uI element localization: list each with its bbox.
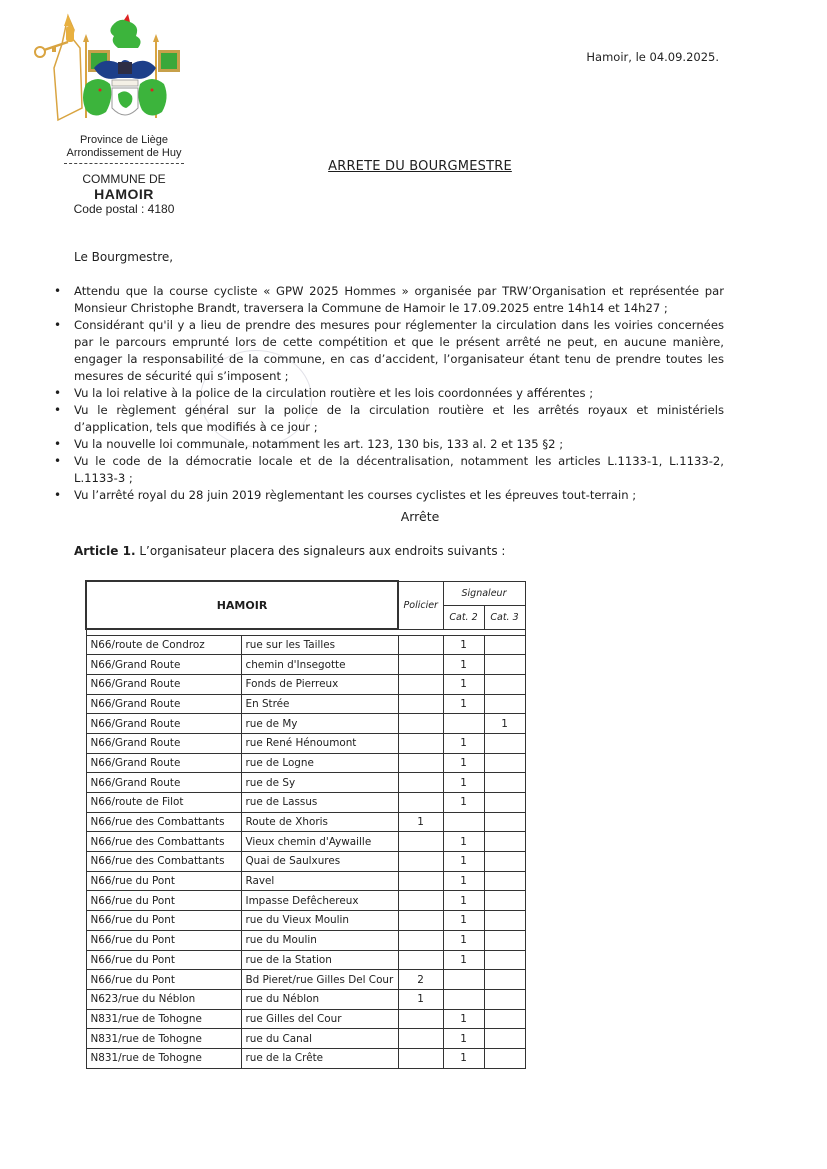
table-row: N66/rue des CombattantsRoute de Xhoris1 (86, 812, 525, 832)
street-cell: rue de Lassus (241, 793, 398, 813)
street-cell: rue du Vieux Moulin (241, 911, 398, 931)
considerant-item: Vu l’arrêté royal du 28 juin 2019 règlem… (52, 487, 724, 504)
table-row: N66/rue du PontImpasse Defêchereux1 (86, 891, 525, 911)
policier-cell (398, 1048, 443, 1068)
header-commune: HAMOIR (86, 581, 398, 629)
policier-cell (398, 773, 443, 793)
street-cell: Vieux chemin d'Aywaille (241, 832, 398, 852)
considerants-list: Attendu que la course cycliste « GPW 202… (52, 283, 724, 504)
article-1-label: Article 1. (74, 544, 136, 558)
cat2-cell: 1 (443, 793, 484, 813)
cat3-cell (484, 1009, 525, 1029)
province-caption: Province de Liège Arrondissement de Huy (54, 134, 194, 160)
cat3-cell (484, 911, 525, 931)
cat2-cell: 1 (443, 871, 484, 891)
route-cell: N66/Grand Route (86, 733, 241, 753)
commune-block: COMMUNE DE HAMOIR Code postal : 4180 (54, 172, 194, 216)
policier-cell (398, 694, 443, 714)
policier-cell (398, 1029, 443, 1049)
table-row: N66/Grand Routerue de My1 (86, 714, 525, 734)
street-cell: rue de Logne (241, 753, 398, 773)
province-line: Province de Liège (54, 134, 194, 147)
route-cell: N66/rue du Pont (86, 970, 241, 990)
route-cell: N66/rue du Pont (86, 891, 241, 911)
table-row: N623/rue du Néblonrue du Néblon1 (86, 989, 525, 1009)
street-cell: Bd Pieret/rue Gilles Del Cour (241, 970, 398, 990)
cat3-cell (484, 970, 525, 990)
table-row: N66/rue du Pontrue de la Station1 (86, 950, 525, 970)
cat2-cell: 1 (443, 674, 484, 694)
route-cell: N66/rue du Pont (86, 911, 241, 931)
cat3-cell (484, 733, 525, 753)
cat2-cell: 1 (443, 832, 484, 852)
cat2-cell: 1 (443, 694, 484, 714)
considerant-item: Considérant qu'il y a lieu de prendre de… (52, 317, 724, 385)
route-cell: N66/Grand Route (86, 753, 241, 773)
cat2-cell: 1 (443, 753, 484, 773)
cat2-cell: 1 (443, 635, 484, 655)
commune-name: HAMOIR (54, 186, 194, 202)
article-1: Article 1. L’organisateur placera des si… (74, 544, 505, 558)
policier-cell (398, 674, 443, 694)
route-cell: N66/Grand Route (86, 714, 241, 734)
route-cell: N66/rue du Pont (86, 871, 241, 891)
street-cell: rue de la Station (241, 950, 398, 970)
header-signaleur: Signaleur (443, 581, 525, 605)
street-cell: Fonds de Pierreux (241, 674, 398, 694)
route-cell: N66/rue des Combattants (86, 852, 241, 872)
policier-cell (398, 891, 443, 911)
route-cell: N831/rue de Tohogne (86, 1009, 241, 1029)
table-body: N66/route de Condrozrue sur les Tailles1… (86, 635, 525, 1068)
cat3-cell (484, 655, 525, 675)
street-cell: En Strée (241, 694, 398, 714)
cat2-cell: 1 (443, 733, 484, 753)
header-cat2: Cat. 2 (443, 605, 484, 629)
policier-cell (398, 1009, 443, 1029)
table-row: N66/rue du PontRavel1 (86, 871, 525, 891)
street-cell: rue de la Crête (241, 1048, 398, 1068)
route-cell: N66/rue des Combattants (86, 832, 241, 852)
policier-cell (398, 714, 443, 734)
cat2-cell: 1 (443, 1009, 484, 1029)
cat3-cell (484, 635, 525, 655)
cat2-cell (443, 812, 484, 832)
table-row: N66/Grand Routerue de Sy1 (86, 773, 525, 793)
table-row: N66/route de Filotrue de Lassus1 (86, 793, 525, 813)
street-cell: rue du Néblon (241, 989, 398, 1009)
table-row: N66/route de Condrozrue sur les Tailles1 (86, 635, 525, 655)
street-cell: Quai de Saulxures (241, 852, 398, 872)
policier-cell (398, 753, 443, 773)
policier-cell (398, 950, 443, 970)
cat3-cell (484, 989, 525, 1009)
policier-cell (398, 930, 443, 950)
cat2-cell: 1 (443, 1029, 484, 1049)
cat3-cell (484, 891, 525, 911)
route-cell: N831/rue de Tohogne (86, 1029, 241, 1049)
table-row: N831/rue de Tohognerue de la Crête1 (86, 1048, 525, 1068)
signaleurs-table: HAMOIR Policier Signaleur Cat. 2 Cat. 3 … (85, 580, 526, 1069)
table-row: N66/Grand RouteFonds de Pierreux1 (86, 674, 525, 694)
cat2-cell: 1 (443, 655, 484, 675)
route-cell: N66/route de Condroz (86, 635, 241, 655)
route-cell: N66/route de Filot (86, 793, 241, 813)
route-cell: N623/rue du Néblon (86, 989, 241, 1009)
cat3-cell (484, 1048, 525, 1068)
policier-cell (398, 635, 443, 655)
street-cell: Impasse Defêchereux (241, 891, 398, 911)
cat3-cell (484, 812, 525, 832)
greeting: Le Bourgmestre, (74, 250, 173, 264)
route-cell: N66/Grand Route (86, 694, 241, 714)
route-cell: N66/rue du Pont (86, 930, 241, 950)
policier-cell (398, 733, 443, 753)
considerant-item: Vu le règlement général sur la police de… (52, 402, 724, 436)
cat2-cell: 1 (443, 950, 484, 970)
policier-cell (398, 793, 443, 813)
table-row: N66/rue du PontBd Pieret/rue Gilles Del … (86, 970, 525, 990)
cat2-cell (443, 989, 484, 1009)
article-1-text: L’organisateur placera des signaleurs au… (136, 544, 506, 558)
street-cell: rue du Canal (241, 1029, 398, 1049)
cat3-cell (484, 674, 525, 694)
decision-heading: Arrête (0, 509, 827, 524)
postal-code: Code postal : 4180 (54, 202, 194, 216)
table-row: N66/rue du Pontrue du Moulin1 (86, 930, 525, 950)
cat3-cell (484, 930, 525, 950)
table-row: N66/Grand Routechemin d'Insegotte1 (86, 655, 525, 675)
table-row: N831/rue de Tohognerue du Canal1 (86, 1029, 525, 1049)
cat2-cell: 1 (443, 930, 484, 950)
cat2-cell (443, 970, 484, 990)
policier-cell: 2 (398, 970, 443, 990)
cat3-cell (484, 1029, 525, 1049)
route-cell: N831/rue de Tohogne (86, 1048, 241, 1068)
cat3-cell (484, 832, 525, 852)
table-row: N66/Grand Routerue René Hénoumont1 (86, 733, 525, 753)
street-cell: rue sur les Tailles (241, 635, 398, 655)
considerant-item: Vu la loi relative à la police de la cir… (52, 385, 724, 402)
cat3-cell: 1 (484, 714, 525, 734)
cat2-cell: 1 (443, 852, 484, 872)
cat2-cell: 1 (443, 773, 484, 793)
table-row: N66/rue du Pontrue du Vieux Moulin1 (86, 911, 525, 931)
policier-cell (398, 832, 443, 852)
table-row: N66/rue des CombattantsVieux chemin d'Ay… (86, 832, 525, 852)
cat3-cell (484, 950, 525, 970)
considerant-item: Attendu que la course cycliste « GPW 202… (52, 283, 724, 317)
route-cell: N66/rue du Pont (86, 950, 241, 970)
route-cell: N66/Grand Route (86, 674, 241, 694)
table-row: N831/rue de Tohognerue Gilles del Cour1 (86, 1009, 525, 1029)
coat-of-arms-icon (28, 8, 188, 130)
cat3-cell (484, 753, 525, 773)
table-row: N66/Grand Routerue de Logne1 (86, 753, 525, 773)
cat2-cell: 1 (443, 1048, 484, 1068)
policier-cell (398, 655, 443, 675)
cat2-cell: 1 (443, 911, 484, 931)
street-cell: Ravel (241, 871, 398, 891)
considerant-item: Vu le code de la démocratie locale et de… (52, 453, 724, 487)
table-row: N66/Grand RouteEn Strée1 (86, 694, 525, 714)
cat3-cell (484, 871, 525, 891)
considerant-item: Vu la nouvelle loi communale, notamment … (52, 436, 724, 453)
cat3-cell (484, 694, 525, 714)
header-policier: Policier (398, 581, 443, 629)
cat3-cell (484, 773, 525, 793)
route-cell: N66/rue des Combattants (86, 812, 241, 832)
cat3-cell (484, 793, 525, 813)
document-title: ARRETE DU BOURGMESTRE (0, 159, 827, 174)
table-row: N66/rue des CombattantsQuai de Saulxures… (86, 852, 525, 872)
policier-cell: 1 (398, 812, 443, 832)
policier-cell (398, 871, 443, 891)
header-cat3: Cat. 3 (484, 605, 525, 629)
cat2-cell (443, 714, 484, 734)
street-cell: rue Gilles del Cour (241, 1009, 398, 1029)
cat3-cell (484, 852, 525, 872)
policier-cell (398, 911, 443, 931)
street-cell: Route de Xhoris (241, 812, 398, 832)
document-date: Hamoir, le 04.09.2025. (586, 50, 719, 64)
street-cell: rue René Hénoumont (241, 733, 398, 753)
policier-cell: 1 (398, 989, 443, 1009)
street-cell: chemin d'Insegotte (241, 655, 398, 675)
commune-label: COMMUNE DE (54, 172, 194, 186)
street-cell: rue du Moulin (241, 930, 398, 950)
street-cell: rue de My (241, 714, 398, 734)
route-cell: N66/Grand Route (86, 655, 241, 675)
policier-cell (398, 852, 443, 872)
cat2-cell: 1 (443, 891, 484, 911)
route-cell: N66/Grand Route (86, 773, 241, 793)
street-cell: rue de Sy (241, 773, 398, 793)
